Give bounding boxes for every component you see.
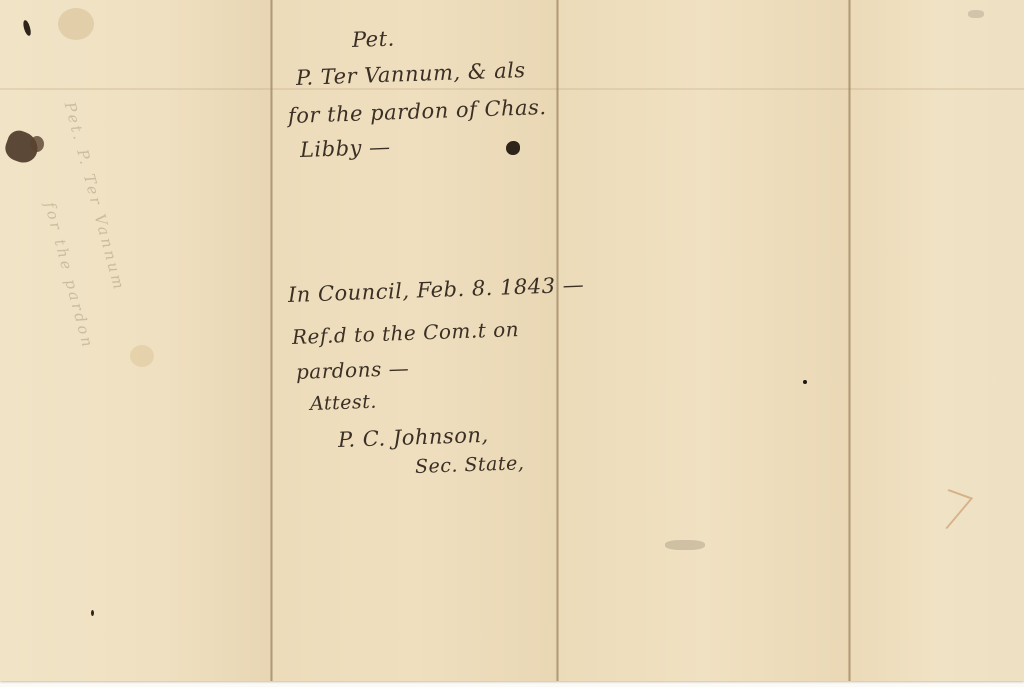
fold-line-2 xyxy=(556,0,559,681)
ink-blot xyxy=(30,136,44,152)
ink-blot xyxy=(506,141,520,155)
document-sheet: Pet. P. Ter Vannum for the pardon Pet. P… xyxy=(0,0,1024,681)
ink-dot xyxy=(91,610,94,616)
ink-dot xyxy=(803,380,807,384)
blank-panel xyxy=(558,0,850,681)
fold-line-3 xyxy=(848,0,851,681)
left-panel xyxy=(0,0,272,681)
docket-subject-name: Libby — xyxy=(300,135,391,162)
signature-title: Sec. State, xyxy=(415,452,525,478)
docket-heading: Pet. xyxy=(352,27,396,52)
fold-line-1 xyxy=(270,0,273,681)
smudge xyxy=(665,540,705,550)
council-pardons-line: pardons — xyxy=(296,356,410,384)
attest-label: Attest. xyxy=(310,391,378,415)
water-stain xyxy=(130,345,154,367)
right-panel xyxy=(850,0,1024,681)
docket-subject: Libby — xyxy=(300,135,391,162)
water-stain xyxy=(58,8,94,40)
fold-line-horizontal xyxy=(0,88,1024,90)
faint-mark xyxy=(968,10,984,18)
